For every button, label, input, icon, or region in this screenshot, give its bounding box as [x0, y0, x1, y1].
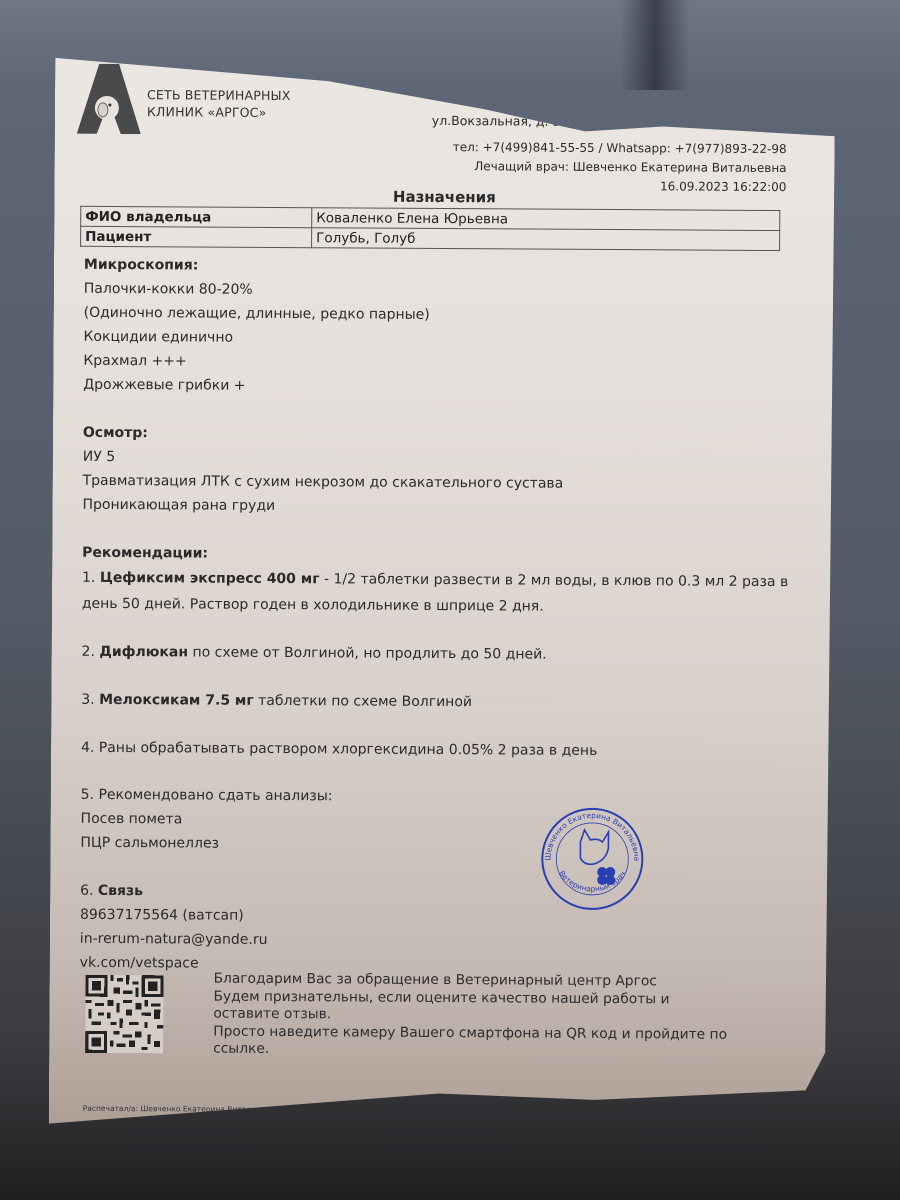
exam-line: Проникающая рана груди: [82, 493, 802, 521]
recommendation-item: 1. Цефиксим экспресс 400 мг - 1/2 таблет…: [82, 565, 802, 621]
clinic-info: Ветеринарная клиника 2 "Аргос" ул.Вокзал…: [431, 92, 787, 197]
document-body: Микроскопия: Палочки-кокки 80-20% (Одино…: [80, 253, 804, 979]
patient-value: Голубь, Голуб: [312, 228, 780, 251]
argos-logo-icon: [77, 62, 141, 134]
background-fold: [620, 0, 690, 90]
patient-label: Пациент: [81, 226, 312, 247]
feedback-line: ссылке.: [213, 1041, 813, 1062]
attending-doctor: Лечащий врач: Шевченко Екатерина Виталье…: [431, 157, 786, 178]
logo-line-2: КЛИНИК «АРГОС»: [147, 103, 291, 121]
logo-line-1: СЕТЬ ВЕТЕРИНАРНЫХ: [147, 86, 291, 104]
recommendation-item: 4. Раны обрабатывать раствором хлоргекси…: [81, 735, 801, 765]
print-footer: Распечатал/а: Шевченко Екатерина Виталье…: [83, 1094, 803, 1098]
table-row: Пациент Голубь, Голуб: [81, 226, 780, 250]
microscopy-line: Дрожжевые грибки +: [83, 373, 803, 401]
owner-label: ФИО владельца: [81, 206, 312, 227]
feedback-line: Просто наведите камеру Вашего смартфона …: [213, 1023, 813, 1044]
microscopy-line: Кокцидии единично: [83, 325, 803, 353]
tests-heading: 5. Рекомендовано сдать анализы:: [81, 783, 801, 811]
prescription-document: СЕТЬ ВЕТЕРИНАРНЫХ КЛИНИК «АРГОС» Ветерин…: [49, 42, 836, 1129]
owner-patient-table: ФИО владельца Коваленко Елена Юрьевна Па…: [80, 206, 780, 251]
owner-value: Коваленко Елена Юрьевна: [312, 208, 780, 231]
recommendation-item: 2. Дифлюкан по схеме от Волгиной, но про…: [82, 639, 802, 669]
clinic-name: Ветеринарная клиника 2 "Аргос": [432, 92, 787, 113]
printed-by: Распечатал/а: Шевченко Екатерина Виталье…: [83, 1104, 274, 1114]
test-line: ПЦР сальмонеллез: [80, 831, 800, 859]
svg-text:Шевченко Екатерина Витальевна: Шевченко Екатерина Витальевна: [543, 811, 642, 862]
clinic-phones: тел: +7(499)841-55-55 / Whatsapp: +7(977…: [432, 138, 787, 159]
feedback-text: Благодарим Вас за обращение в Ветеринарн…: [213, 971, 814, 1062]
clinic-address: ул.Вокзальная, д. 39 Московская область …: [432, 111, 787, 132]
qr-code[interactable]: [85, 974, 163, 1054]
logo-text: СЕТЬ ВЕТЕРИНАРНЫХ КЛИНИК «АРГОС»: [147, 86, 291, 121]
recommendation-item: 3. Мелоксикам 7.5 мг таблетки по схеме В…: [81, 687, 801, 717]
doctor-stamp-icon: Шевченко Екатерина Витальевна Ветеринарн…: [532, 802, 653, 913]
print-time: 16.09.2023 16:47: [429, 1096, 496, 1105]
software-credit: www.vetais.com (230720-1038): [673, 1093, 793, 1103]
document-title: Назначения: [54, 186, 834, 209]
svg-text:Ветеринарный врач: Ветеринарный врач: [557, 869, 627, 894]
